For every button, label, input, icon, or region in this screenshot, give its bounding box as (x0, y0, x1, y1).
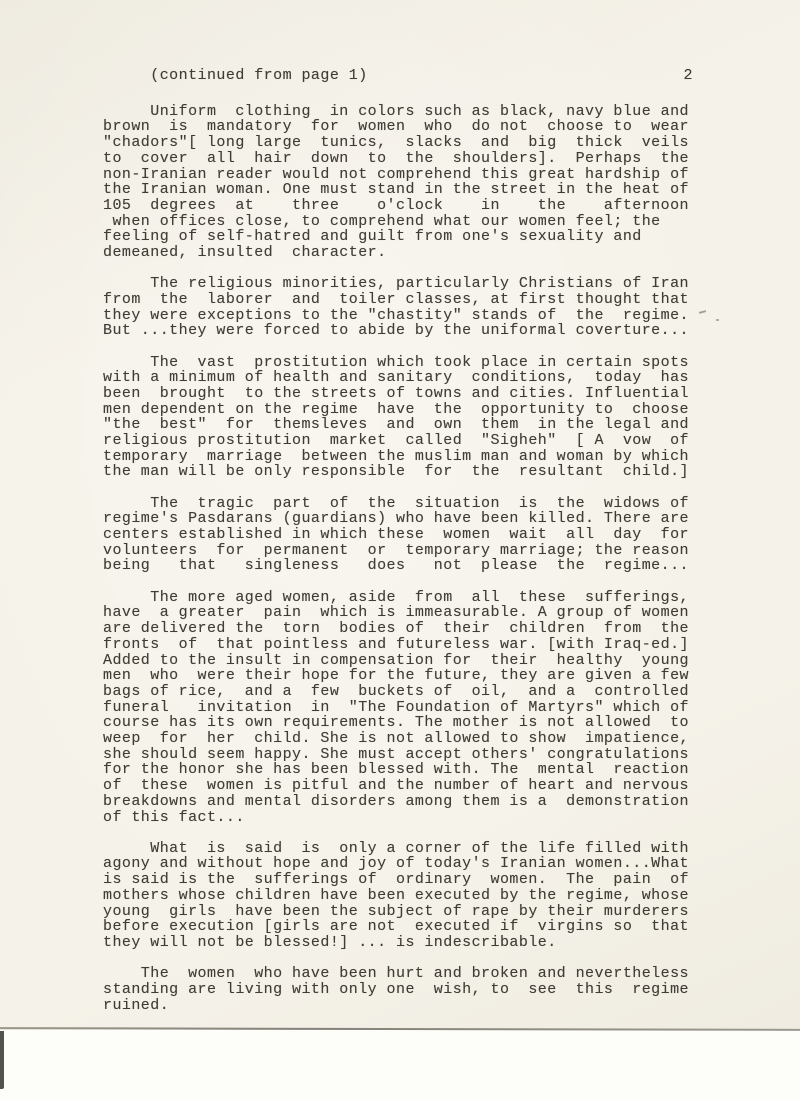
ink-speck (699, 310, 706, 314)
paragraph-prostitution: The vast prostitution which took place i… (103, 355, 693, 481)
continued-note: (continued from page 1) (103, 68, 368, 84)
area-below-sheet-edge (0, 1030, 800, 1100)
ink-speck (716, 319, 719, 321)
page-header: (continued from page 1) 2 (103, 68, 693, 84)
scan-edge-artifact (0, 1031, 4, 1089)
paragraph-what-is-said: What is said is only a corner of the lif… (103, 841, 693, 951)
paragraph-aged-women: The more aged women, aside from all thes… (103, 590, 693, 826)
paragraph-widows: The tragic part of the situation is the … (103, 496, 693, 575)
paragraph-uniform-clothing: Uniform clothing in colors such as black… (103, 104, 693, 261)
paragraph-closing: The women who have been hurt and broken … (103, 966, 693, 1013)
typewritten-text-block: (continued from page 1) 2 Uniform clothi… (103, 68, 693, 1013)
paragraph-religious-minorities: The religious minorities, particularly C… (103, 276, 693, 339)
page-number: 2 (684, 68, 693, 84)
scanned-document-page: (continued from page 1) 2 Uniform clothi… (0, 0, 800, 1100)
